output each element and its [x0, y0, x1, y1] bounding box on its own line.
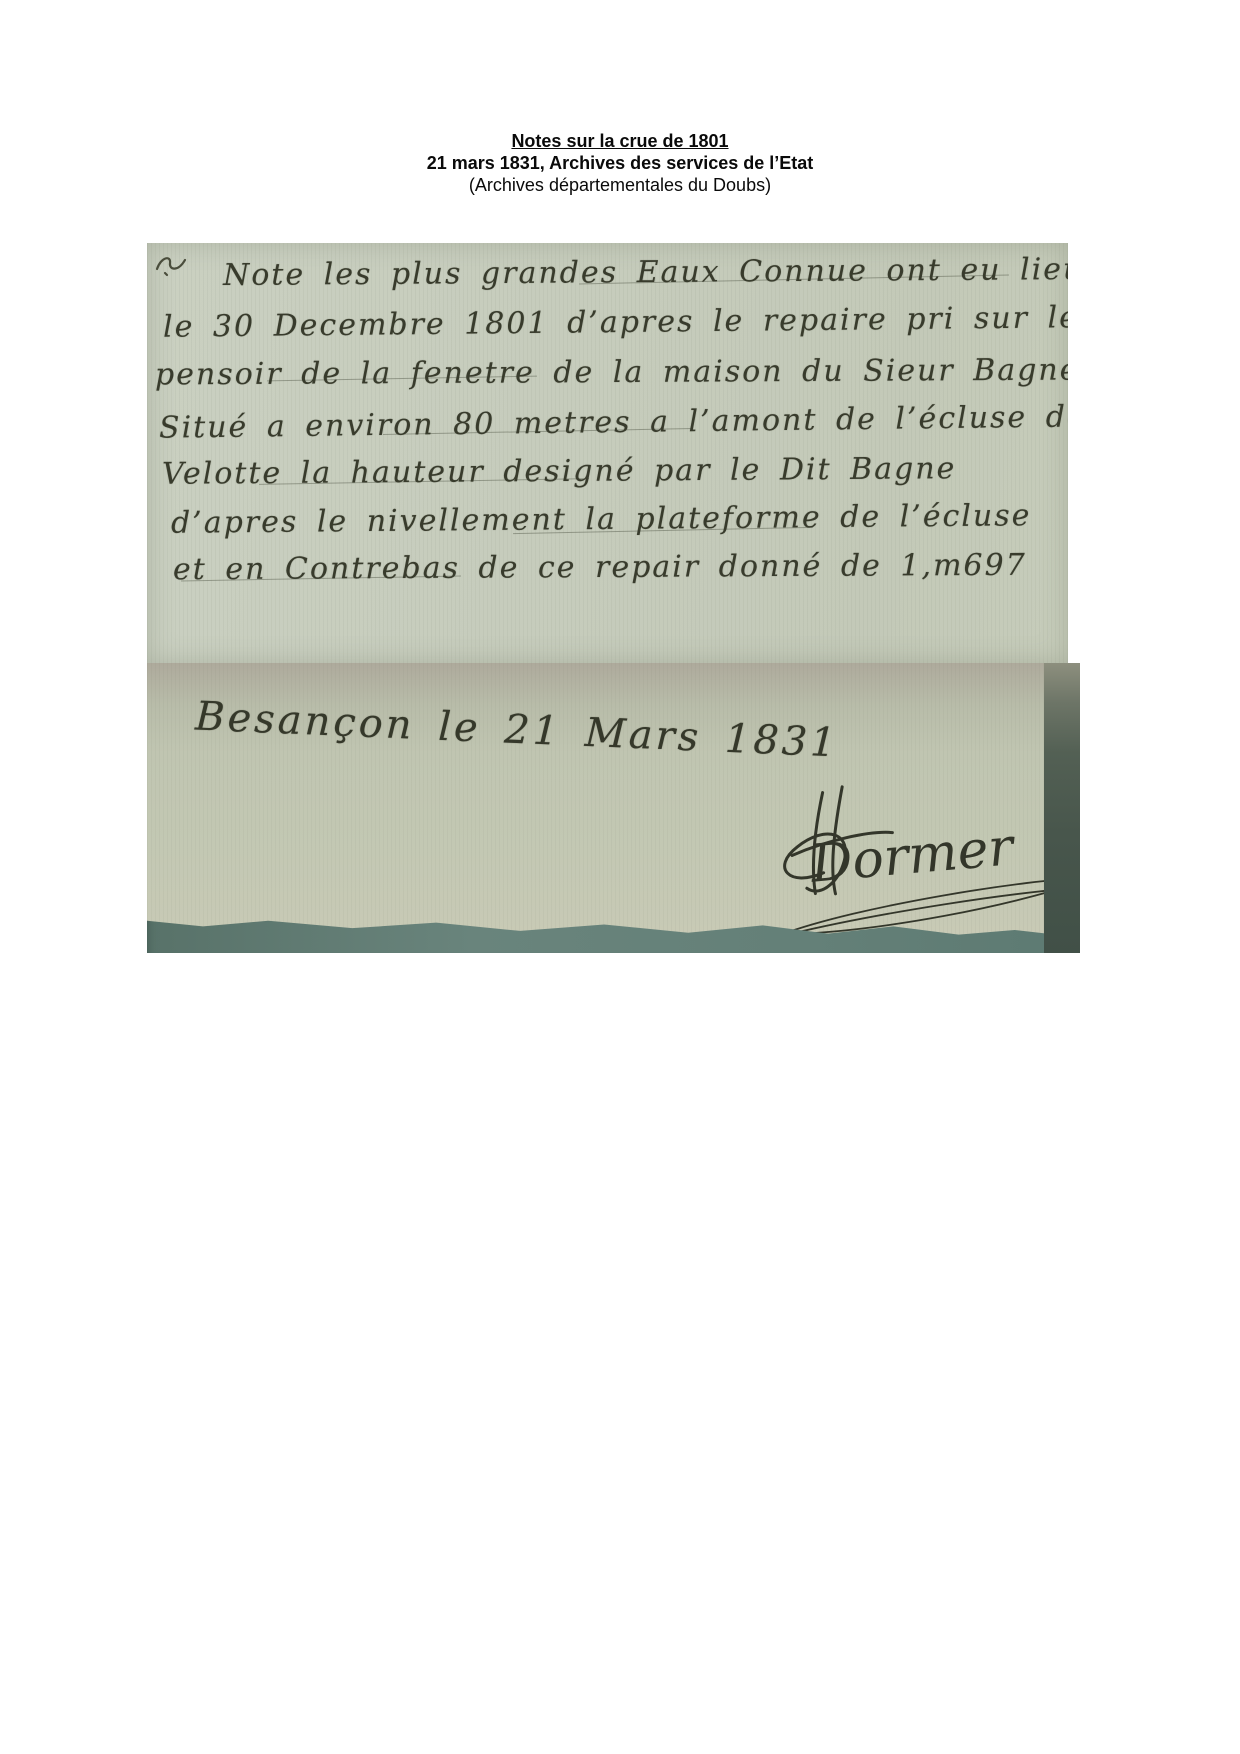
manuscript-photo-lower: Besançon le 21 Mars 1831 Dormer [147, 663, 1080, 953]
page-subtitle: 21 mars 1831, Archives des services de l… [0, 152, 1240, 174]
manuscript-line: pensoir de la fenetre de la maison du Si… [155, 353, 1068, 393]
manuscript-dateline: Besançon le 21 Mars 1831 [194, 694, 839, 767]
manuscript-line: et en Contrebas de ce repair donné de 1,… [173, 548, 1027, 587]
manuscript-line: le 30 Decembre 1801 d’apres le repaire p… [163, 300, 1068, 345]
signature-name: Dormer [807, 817, 1018, 895]
ink-blot-icon [151, 247, 195, 281]
manuscript-line: Velotte la hauteur designé par le Dit Ba… [162, 451, 957, 492]
page-header: Notes sur la crue de 1801 21 mars 1831, … [0, 130, 1240, 196]
manuscript-photo-upper: Note les plus grandes Eaux Connue ont eu… [147, 243, 1068, 663]
signature: Dormer [758, 757, 1080, 953]
page-subtitle-secondary: (Archives départementales du Doubs) [0, 174, 1240, 196]
manuscript-line: d’apres le nivellement la plateforme de … [171, 498, 1032, 541]
manuscript-line: Note les plus grandes Eaux Connue ont eu… [223, 252, 1068, 293]
page-title: Notes sur la crue de 1801 [0, 130, 1240, 152]
manuscript-photo: Note les plus grandes Eaux Connue ont eu… [147, 243, 1080, 953]
photo-right-edge-band [1044, 663, 1080, 953]
manuscript-line: Situé a environ 80 metres a l’amont de l… [159, 399, 1068, 445]
